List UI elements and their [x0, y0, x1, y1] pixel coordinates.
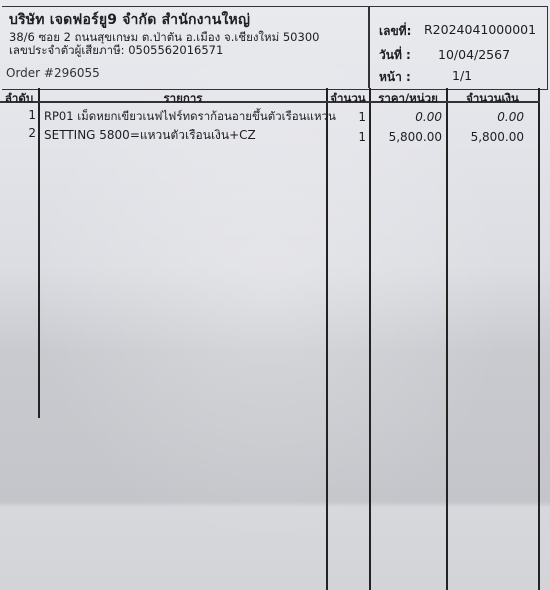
- date-label: วันที่ :: [379, 46, 411, 65]
- row-2-unit-price: 5,800.00: [372, 130, 442, 144]
- header-item: รายการ: [40, 90, 326, 108]
- page-label: หน้า :: [379, 68, 411, 87]
- header-amount: จำนวนเงิน: [447, 90, 538, 108]
- col-divider: [538, 88, 540, 590]
- row-2-qty: 1: [330, 130, 366, 144]
- row-2-no: 2: [8, 126, 36, 140]
- row-1-qty: 1: [330, 110, 366, 124]
- row-1-no: 1: [8, 108, 36, 122]
- col-divider: [326, 88, 328, 590]
- page-value: 1/1: [452, 68, 472, 83]
- company-name: บริษัท เจดฟอร์ยู9 จำกัด สำนักงานใหญ่: [9, 9, 250, 31]
- meta-divider: [368, 6, 370, 88]
- col-divider: [38, 88, 40, 418]
- row-2-amount: 5,800.00: [448, 130, 524, 144]
- tax-id: เลขประจำตัวผู้เสียภาษี: 0505562016571: [9, 42, 223, 60]
- row-2-item: SETTING 5800=แหวนตัวเรือนเงิน+CZ: [44, 126, 256, 145]
- header-qty: จำนวน: [327, 90, 369, 108]
- row-1-unit-price: 0.00: [372, 110, 442, 124]
- doc-no-label: เลขที่:: [379, 22, 411, 41]
- col-divider: [446, 88, 448, 590]
- row-1-amount: 0.00: [448, 110, 524, 124]
- items-table: [0, 88, 550, 590]
- header-unit-price: ราคา/หน่วย: [370, 90, 446, 108]
- header-no: ลำดับ: [2, 90, 36, 108]
- row-1-item: RP01 เม็ดหยกเขียวเนฟไฟร์ทดราก้อนอายขึ้นต…: [44, 108, 336, 126]
- doc-no-value: R2024041000001: [424, 22, 536, 37]
- order-number: Order #296055: [6, 66, 100, 80]
- date-value: 10/04/2567: [438, 47, 510, 62]
- col-divider: [369, 88, 371, 590]
